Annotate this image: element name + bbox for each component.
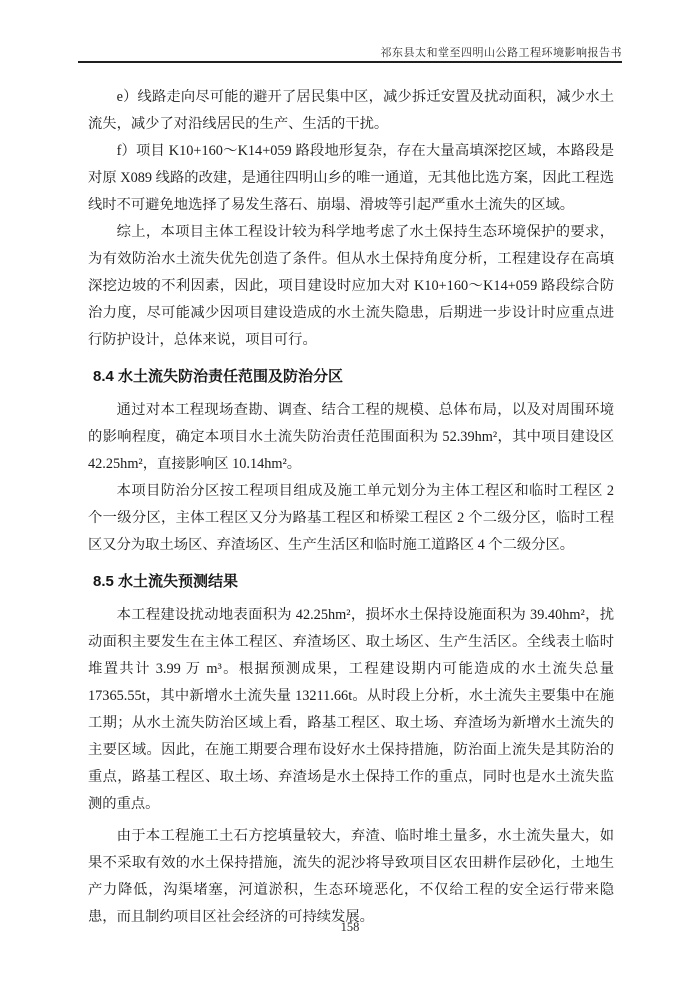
header-rule <box>78 61 622 63</box>
paragraph-conclusion: 综上，本项目主体工程设计较为科学地考虑了水土保持生态环境保护的要求，为有效防治水… <box>88 219 614 354</box>
document-content: e）线路走向尽可能的避开了居民集中区，减少拆迁安置及扰动面积，减少水土流失，减少… <box>88 84 614 931</box>
section-heading-8-5: 8.5 水土流失预测结果 <box>93 570 614 593</box>
paragraph-impact-warning: 由于本工程施工土石方挖填量较大，弃渣、临时堆土量多，水土流失量大，如果不采取有效… <box>88 823 614 931</box>
paragraph-responsibility-scope: 通过对本工程现场查勘、调查、结合工程的规模、总体布局，以及对周围环境的影响程度，… <box>88 397 614 478</box>
paragraph-prediction-results: 本工程建设扰动地表面积为 42.25hm²，损坏水土保持设施面积为 39.40h… <box>88 602 614 818</box>
paragraph-item-e: e）线路走向尽可能的避开了居民集中区，减少拆迁安置及扰动面积，减少水土流失，减少… <box>88 84 614 138</box>
paragraph-prevention-zoning: 本项目防治分区按工程项目组成及施工单元划分为主体工程区和临时工程区 2 个一级分… <box>88 478 614 559</box>
section-heading-8-4: 8.4 水土流失防治责任范围及防治分区 <box>93 365 614 388</box>
document-page: 祁东县太和堂至四明山公路工程环境影响报告书 e）线路走向尽可能的避开了居民集中区… <box>0 0 700 990</box>
header-title: 祁东县太和堂至四明山公路工程环境影响报告书 <box>381 44 623 60</box>
paragraph-item-f: f）项目 K10+160～K14+059 路段地形复杂，存在大量高填深挖区域，本… <box>88 138 614 219</box>
page-number: 158 <box>0 920 700 935</box>
